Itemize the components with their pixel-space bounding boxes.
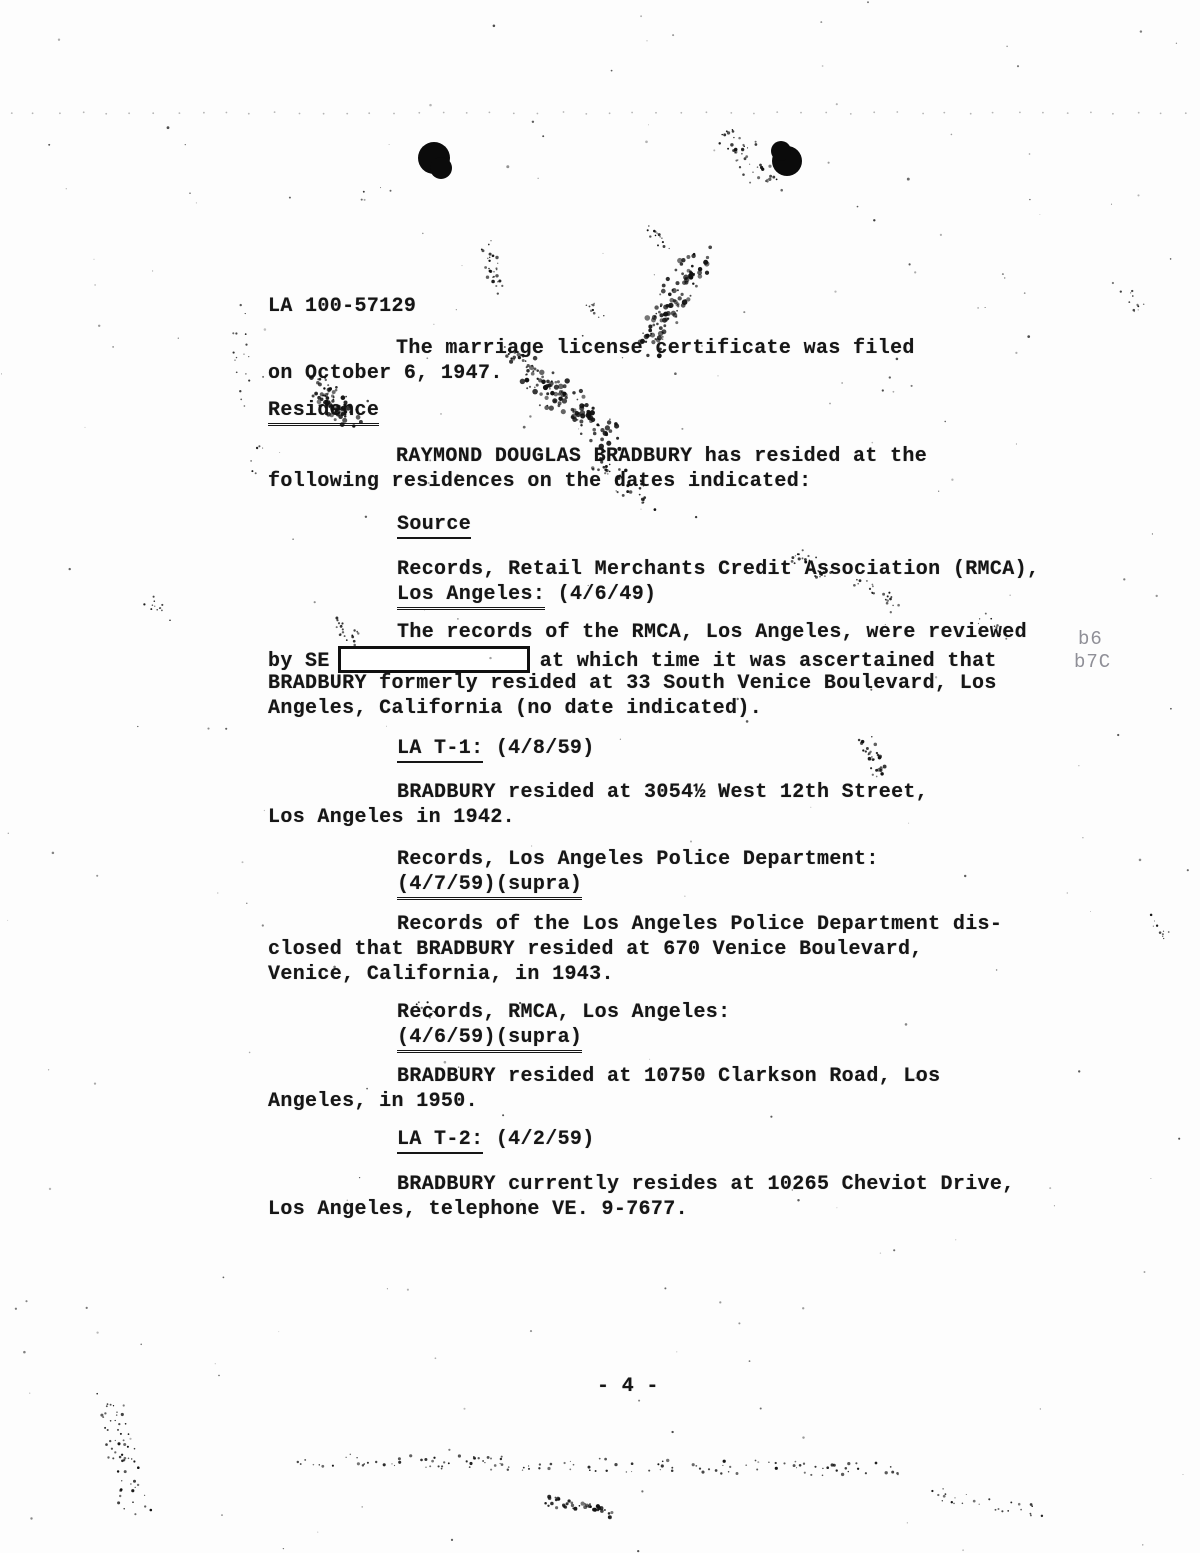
source-heading-text: Source [397, 513, 471, 539]
ink-noise-overlay [0, 0, 1200, 1553]
page-number: - 4 - [597, 1374, 659, 1399]
ink-dot-right-bleed [771, 141, 791, 161]
scanned-document-page: LA 100-57129 The marriage license certif… [0, 0, 1200, 1553]
speckle-group [1, 1, 1189, 1552]
source-lat1-underlined: LA T-1: [397, 737, 483, 763]
exemption-annotation-b7c: b7C [1074, 651, 1111, 673]
source-lat1-heading: LA T-1: (4/8/59) [397, 736, 595, 761]
source-lat2-underlined: LA T-2: [397, 1128, 483, 1154]
source-lat1-date: (4/8/59) [483, 737, 594, 760]
rmca-paragraph-line3: BRADBURY formerly resided at 33 South Ve… [268, 671, 997, 696]
t2-paragraph-line2: Los Angeles, telephone VE. 9-7677. [268, 1197, 688, 1222]
marriage-paragraph-line2: on October 6, 1947. [268, 361, 503, 386]
t2-paragraph-line1: BRADBURY currently resides at 10265 Chev… [397, 1172, 1015, 1197]
source-heading: Source [397, 512, 471, 537]
ink-dot-right [772, 146, 802, 176]
lapd-paragraph-line2: closed that BRADBURY resided at 670 Veni… [268, 937, 923, 962]
ink-dot-left [418, 142, 450, 174]
rmca-paragraph-line4: Angeles, California (no date indicated). [268, 696, 762, 721]
residence-heading-text: Residence [268, 399, 379, 426]
clarkson-paragraph-line1: BRADBURY resided at 10750 Clarkson Road,… [397, 1064, 941, 1089]
source-rmca49-underlined: Los Angeles: [397, 583, 545, 610]
source-rmca59-line1: Records, RMCA, Los Angeles: [397, 1000, 731, 1025]
resided-paragraph-line1: RAYMOND DOUGLAS BRADBURY has resided at … [396, 444, 927, 469]
source-lapd-line2: (4/7/59)(supra) [397, 872, 582, 897]
file-number: LA 100-57129 [268, 294, 416, 319]
rmca-line2-post: at which time it was ascertained that [540, 650, 997, 673]
ink-dot-left-bleed [430, 157, 452, 179]
source-rmca49-line1: Records, Retail Merchants Credit Associa… [397, 557, 1039, 582]
clarkson-paragraph-line2: Angeles, in 1950. [268, 1089, 478, 1114]
source-lat2-heading: LA T-2: (4/2/59) [397, 1127, 595, 1152]
source-rmca59-line2: (4/6/59)(supra) [397, 1025, 582, 1050]
source-rmca59-underlined: (4/6/59)(supra) [397, 1026, 582, 1053]
source-lapd-line1: Records, Los Angeles Police Department: [397, 847, 879, 872]
lapd-paragraph-line1: Records of the Los Angeles Police Depart… [397, 912, 1002, 937]
source-lat2-date: (4/2/59) [483, 1128, 594, 1151]
marriage-paragraph-line1: The marriage license certificate was fil… [396, 336, 915, 361]
lapd-paragraph-line3: Venice, California, in 1943. [268, 962, 614, 987]
t1-paragraph-line1: BRADBURY resided at 3054½ West 12th Stre… [397, 780, 928, 805]
redaction-box [338, 646, 530, 673]
source-lapd-underlined: (4/7/59)(supra) [397, 873, 582, 900]
residence-heading: Residence [268, 398, 379, 423]
rmca-paragraph-line1: The records of the RMCA, Los Angeles, we… [397, 620, 1027, 645]
t1-paragraph-line2: Los Angeles in 1942. [268, 805, 515, 830]
exemption-annotation-b6: b6 [1078, 628, 1103, 650]
rmca-paragraph-line2: by SEat which time it was ascertained th… [268, 646, 997, 674]
source-rmca49-date: (4/6/49) [545, 583, 656, 606]
resided-paragraph-line2: following residences on the dates indica… [268, 469, 812, 494]
rmca-line2-pre: by SE [268, 650, 330, 673]
source-rmca49-line2: Los Angeles: (4/6/49) [397, 582, 656, 607]
